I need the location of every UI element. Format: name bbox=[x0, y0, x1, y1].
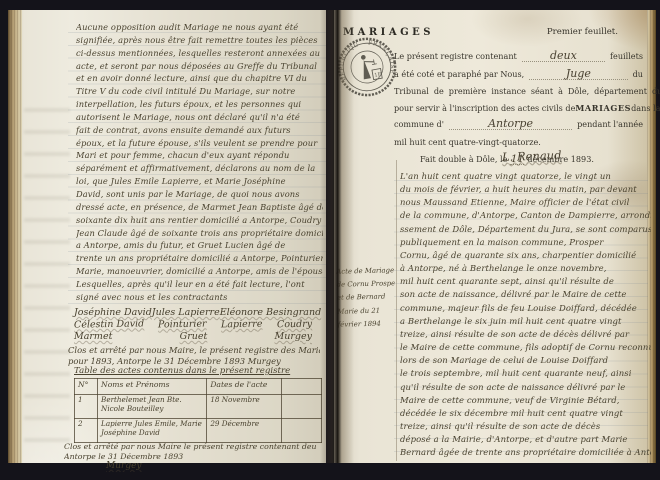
act-names-cell: Lapierre Jules Emile, Marie Joséphine Da… bbox=[98, 419, 207, 443]
form-text: dans la bbox=[631, 103, 660, 113]
act-line: ci-dessus mentionnées, lesquelles rester… bbox=[76, 47, 323, 60]
signature-row: Célestin DavidPointurierLapierreCoudry bbox=[74, 319, 312, 331]
act-line: signifiée, après nous être fait remettre… bbox=[76, 34, 323, 47]
table-row: 1 Berthelemet Jean Bte. Nicole Bouteille… bbox=[75, 395, 322, 419]
closing-statement: Clos et arrêté par nous Maire, le présen… bbox=[68, 345, 320, 367]
act-number-cell: 1 bbox=[75, 395, 98, 419]
act-line: Jean Claude âgé de soixante trois ans pr… bbox=[76, 227, 323, 240]
act-line: et en avoir donné lecture, ainsi que du … bbox=[76, 72, 323, 85]
act-line: autorisent le Mariage, nous ont déclaré … bbox=[76, 111, 323, 124]
handwritten-fill-judge: Juge bbox=[529, 69, 627, 80]
form-line: Le présent registre contenant deux feuil… bbox=[394, 51, 643, 62]
signature: Pointurier bbox=[158, 319, 207, 331]
act-line: nous Maussand Etienne, Maire officier de… bbox=[400, 196, 651, 209]
column-header-blank bbox=[282, 379, 322, 395]
act-line: Marie, manoeuvrier, domicilié a Antorpe,… bbox=[76, 265, 323, 278]
footer-line: Antorpe le 31 Décembre 1893 bbox=[64, 452, 316, 462]
margin-note-line: février 1894 bbox=[338, 317, 396, 332]
column-header-date: Dates de l'acte bbox=[207, 379, 282, 395]
act-line: publiquement en la maison commune, Prosp… bbox=[400, 236, 651, 249]
act-line: Aucune opposition audit Mariage ne nous … bbox=[76, 21, 323, 34]
act-line: treize, ainsi résulte de son acte de déc… bbox=[400, 328, 651, 341]
form-line: pour servir à l'inscription des actes ci… bbox=[394, 103, 643, 113]
act-date-cell: 18 Novembre bbox=[207, 395, 282, 419]
margin-note-line: de Cornu Prosper bbox=[336, 277, 394, 292]
acts-table-header: N° Noms et Prénoms Dates de l'acte bbox=[75, 379, 322, 395]
act-line: Maire de cette commune, veuf de Virginie… bbox=[400, 394, 651, 407]
act-line: commune, majeur fils de feu Louise Doiff… bbox=[400, 302, 651, 315]
acts-table-body: 1 Berthelemet Jean Bte. Nicole Bouteille… bbox=[75, 395, 322, 443]
open-register-book: Aucune opposition audit Mariage ne nous … bbox=[8, 10, 656, 463]
act-line: Bernard âgée de trente ans propriétaire … bbox=[400, 446, 651, 459]
republique-francaise-stamp: RÉPUBLIQUE FRANÇAISE 1F bbox=[331, 31, 403, 103]
handwritten-fill-commune: Antorpe bbox=[449, 119, 572, 130]
act-line: soixante dix huit ans rentier domicilié … bbox=[76, 214, 323, 227]
footer-line: Clos et arrêté par nous Maire le présent… bbox=[64, 442, 316, 452]
signature: Eléonore Besingrand bbox=[220, 307, 321, 318]
act-line: L'an huit cent quatre vingt quatorze, le… bbox=[400, 170, 651, 183]
form-text: commune d' bbox=[394, 119, 444, 129]
act-line: dressé acte, en présence, de Marmet Jean… bbox=[76, 201, 323, 214]
margin-annotation: Acte de Mariagede Cornu Prosperet de Ber… bbox=[336, 264, 396, 332]
act-names-cell: Berthelemet Jean Bte. Nicole Bouteilley bbox=[98, 395, 207, 419]
margin-rule bbox=[396, 160, 397, 461]
act-line: lors de son Mariage de celui de Louise D… bbox=[400, 354, 651, 367]
form-text: pour servir à l'inscription des actes ci… bbox=[394, 103, 575, 113]
act-line: signé avec nous et les contractants bbox=[76, 291, 323, 304]
form-text: feuillets bbox=[610, 51, 643, 61]
form-text: Fait double à Dôle, le bbox=[420, 154, 507, 164]
act-obs-cell bbox=[282, 395, 322, 419]
marriage-act-text: L'an huit cent quatre vingt quatorze, le… bbox=[400, 170, 651, 459]
act-line: Titre V du code civil intitulé Du Mariag… bbox=[76, 85, 323, 98]
signature-row: Joséphine DavidJules LapierreEléonore Be… bbox=[74, 307, 312, 319]
act-line: Lesquelles, après qu'il leur en a été fa… bbox=[76, 278, 323, 291]
acts-index-table: N° Noms et Prénoms Dates de l'acte 1 Ber… bbox=[74, 378, 322, 443]
acts-table-title: Table des actes contenus dans le présent… bbox=[74, 366, 290, 376]
signatures-block: Joséphine DavidJules LapierreEléonore Be… bbox=[74, 307, 312, 343]
signature-row: MarmetGruetMurgey bbox=[74, 331, 312, 343]
form-text: Tribunal de première instance séant à Dô… bbox=[394, 86, 660, 96]
form-line: a été coté et paraphé par Nous, Juge du bbox=[394, 69, 643, 80]
act-line: a Berthelange le six juin mil huit cent … bbox=[400, 315, 651, 328]
column-header-number: N° bbox=[75, 379, 98, 395]
signature: Lapierre bbox=[221, 319, 263, 331]
table-row: 2 Lapierre Jules Emile, Marie Joséphine … bbox=[75, 419, 322, 443]
signature: Célestin David bbox=[74, 318, 144, 330]
act-date-cell: 29 Décembre bbox=[207, 419, 282, 443]
act-line: qu'il résulte de son acte de naissance d… bbox=[400, 381, 651, 394]
mayor-signature: Murgey bbox=[106, 462, 142, 472]
act-obs-cell bbox=[282, 419, 322, 443]
act-line: trente un ans propriétaire domicilié a A… bbox=[76, 252, 323, 265]
act-line: époux, et la future épouse, s'ils veulen… bbox=[76, 137, 323, 150]
right-page: MARIAGES Premier feuillet. RÉPUBLIQUE FR… bbox=[334, 10, 656, 463]
act-number-cell: 2 bbox=[75, 419, 98, 443]
act-line: Mari et pour femme, chacun d'eux ayant r… bbox=[76, 149, 323, 162]
act-line: ssement de Dôle, Département du Jura, se… bbox=[400, 223, 651, 236]
act-line: décédée le six décembre mil huit cent qu… bbox=[400, 407, 651, 420]
act-line: son acte de naissance, délivré par le Ma… bbox=[400, 288, 651, 301]
handwritten-fill-sheets: deux bbox=[522, 51, 605, 62]
act-line: de la commune, d'Antorpe, Canton de Damp… bbox=[400, 209, 651, 222]
act-line: à Antorpe, né à Berthelange le onze nove… bbox=[400, 262, 651, 275]
act-line: séparément et affirmativement, déclarons… bbox=[76, 162, 323, 175]
judge-signature: L. Renaud bbox=[502, 148, 562, 164]
form-text: du bbox=[633, 69, 643, 79]
form-line: mil huit cent quatre-vingt-quatorze. bbox=[394, 137, 643, 147]
act-line: a Antorpe, amis du futur, et Gruet Lucie… bbox=[76, 239, 323, 252]
act-line: acte, et seront par nous déposées au Gre… bbox=[76, 60, 323, 73]
form-line: commune d' Antorpe pendant l'année bbox=[394, 119, 643, 130]
act-line: fait de contrat, avons ensuite demandé a… bbox=[76, 124, 323, 137]
act-line: déposé a la Mairie, d'Antorpe, et d'autr… bbox=[400, 433, 651, 446]
act-line: le trois septembre, mil huit cent quaran… bbox=[400, 367, 651, 380]
signature: Jules Lapierre bbox=[152, 307, 220, 318]
scanned-register-spread: { "document_type": "Registre d'état civi… bbox=[0, 0, 660, 480]
form-text: mil huit cent quatre-vingt-quatorze. bbox=[394, 137, 541, 147]
act-line: loi, que Jules Emile Lapierre, et Marie … bbox=[76, 175, 323, 188]
form-text: Le présent registre contenant bbox=[394, 51, 517, 61]
mariages-bold-label: MARIAGES bbox=[575, 103, 631, 113]
column-header-names: Noms et Prénoms bbox=[98, 379, 207, 395]
signature: Marmet bbox=[74, 331, 112, 342]
marriage-act-text: Aucune opposition audit Mariage ne nous … bbox=[76, 21, 323, 304]
svg-text:1F: 1F bbox=[374, 72, 382, 79]
form-text: pendant l'année bbox=[577, 119, 643, 129]
form-line: Tribunal de première instance séant à Dô… bbox=[394, 86, 643, 96]
act-line: interpellation, les futurs époux, et les… bbox=[76, 98, 323, 111]
signature: Murgey bbox=[275, 331, 312, 342]
first-sheet-label: Premier feuillet. bbox=[547, 27, 618, 37]
left-page: Aucune opposition audit Mariage ne nous … bbox=[8, 10, 326, 463]
act-line: treize, ainsi qu'il résulte de son acte … bbox=[400, 420, 651, 433]
closing-line: Clos et arrêté par nous Maire, le présen… bbox=[68, 345, 320, 356]
signature: Coudry bbox=[277, 319, 312, 331]
left-page-edge-stack bbox=[8, 10, 22, 463]
stamp-seal-icon: RÉPUBLIQUE FRANÇAISE 1F bbox=[331, 31, 403, 103]
act-line: le Maire de cette commune, fils adoptif … bbox=[400, 341, 651, 354]
act-line: mil huit cent quarante sept, ainsi qu'il… bbox=[400, 275, 651, 288]
act-line: David, sont unis par le Mariage, de quoi… bbox=[76, 188, 323, 201]
bleed-through-marks bbox=[24, 95, 70, 448]
act-line: du mois de février, a huit heures du mat… bbox=[400, 183, 651, 196]
form-text: a été coté et paraphé par Nous, bbox=[394, 69, 524, 79]
signature: Gruet bbox=[180, 331, 208, 342]
register-footer: Clos et arrêté par nous Maire le présent… bbox=[64, 442, 316, 472]
act-line: Cornu, âgé de quarante six ans, charpent… bbox=[400, 249, 651, 262]
signature: Joséphine David bbox=[74, 307, 152, 318]
